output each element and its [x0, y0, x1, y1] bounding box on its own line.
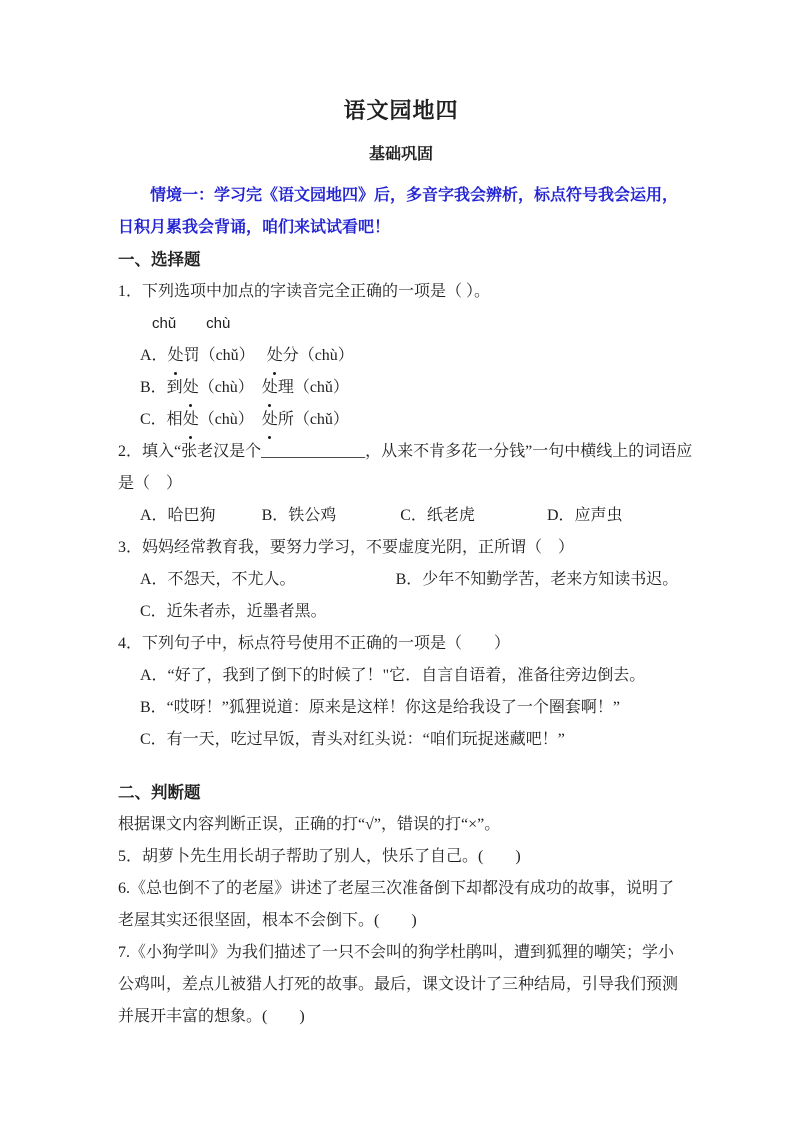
question-3-option-a: A．不怨天，不尤人。: [140, 564, 296, 596]
question-3-options-row: A．不怨天，不尤人。 B．少年不知勤学苦，老来方知读书迟。: [118, 564, 684, 596]
intro-line: 日积月累我会背诵，咱们来试试看吧！: [118, 212, 684, 244]
question-3-stem: 3．妈妈经常教育我，要努力学习，不要虚度光阴，正所谓（ ）: [118, 532, 684, 564]
question-1-option-a: A．处罚（chǔ） 处分（chù）: [118, 340, 684, 372]
question-4-option-a: A．“好了，我到了倒下的时候了！"它．自言自语着，准备往旁边倒去。: [118, 660, 684, 692]
section-2-instruction: 根据课文内容判断正误，正确的打“√”，错误的打“×”。: [118, 809, 684, 841]
question-3-option-c: C．近朱者赤，近墨者黑。: [118, 596, 684, 628]
page-subtitle: 基础巩固: [118, 144, 684, 166]
question-7-line: 7.《小狗学叫》为我们描述了一只不会叫的狗学杜鹃叫，遭到狐狸的嘲笑；学小: [118, 937, 684, 969]
section-2-heading: 二、判断题: [118, 777, 684, 809]
question-1-pinyin-hint: chǔ chù: [118, 308, 684, 340]
question-1-stem: 1．下列选项中加点的字读音完全正确的一项是（ ）。: [118, 276, 684, 308]
document-page: 语文园地四 基础巩固 情境一：学习完《语文园地四》后，多音字我会辨析，标点符号我…: [0, 0, 793, 1122]
question-1-option-b: B．到处（chù） 处理（chǔ）: [118, 372, 684, 404]
question-2-option-b: B．铁公鸡: [262, 500, 337, 532]
question-2-options: A．哈巴狗 B．铁公鸡 C．纸老虎 D．应声虫: [118, 500, 684, 532]
question-1-option-c: C．相处（chù） 处所（chǔ）: [118, 404, 684, 436]
question-3-option-b: B．少年不知勤学苦，老来方知读书迟。: [396, 564, 679, 596]
page-title: 语文园地四: [118, 97, 684, 125]
question-2-option-a: A．哈巴狗: [140, 500, 216, 532]
question-4-option-b: B．“哎呀！”狐狸说道：原来是这样！你这是给我设了一个圈套啊！”: [118, 692, 684, 724]
intro-line: 情境一：学习完《语文园地四》后，多音字我会辨析，标点符号我会运用，: [118, 180, 684, 212]
question-6-line: 老屋其实还很坚固，根本不会倒下。( ): [118, 905, 684, 937]
section-1-heading: 一、选择题: [118, 244, 684, 276]
question-4-option-c: C．有一天，吃过早饭，青头对红头说：“咱们玩捉迷藏吧！”: [118, 724, 684, 756]
question-4-stem: 4．下列句子中，标点符号使用不正确的一项是（ ）: [118, 628, 684, 660]
question-7-line: 公鸡叫，差点儿被猎人打死的故事。最后，课文设计了三种结局，引导我们预测: [118, 969, 684, 1001]
scenario-intro: 情境一：学习完《语文园地四》后，多音字我会辨析，标点符号我会运用， 日积月累我会…: [118, 180, 684, 244]
question-2-stem-line: 是（ ）: [118, 468, 684, 500]
question-2-option-c: C．纸老虎: [400, 500, 475, 532]
question-7-line: 并展开丰富的想象。( ): [118, 1001, 684, 1033]
question-5: 5．胡萝卜先生用长胡子帮助了别人，快乐了自己。( ): [118, 841, 684, 873]
document-content: 语文园地四 基础巩固 情境一：学习完《语文园地四》后，多音字我会辨析，标点符号我…: [118, 97, 684, 1033]
question-6-line: 6.《总也倒不了的老屋》讲述了老屋三次准备倒下却都没有成功的故事，说明了: [118, 873, 684, 905]
question-2-option-d: D．应声虫: [547, 500, 623, 532]
question-2-stem-line: 2．填入“张老汉是个_____________，从来不肯多花一分钱”一句中横线上…: [118, 436, 684, 468]
